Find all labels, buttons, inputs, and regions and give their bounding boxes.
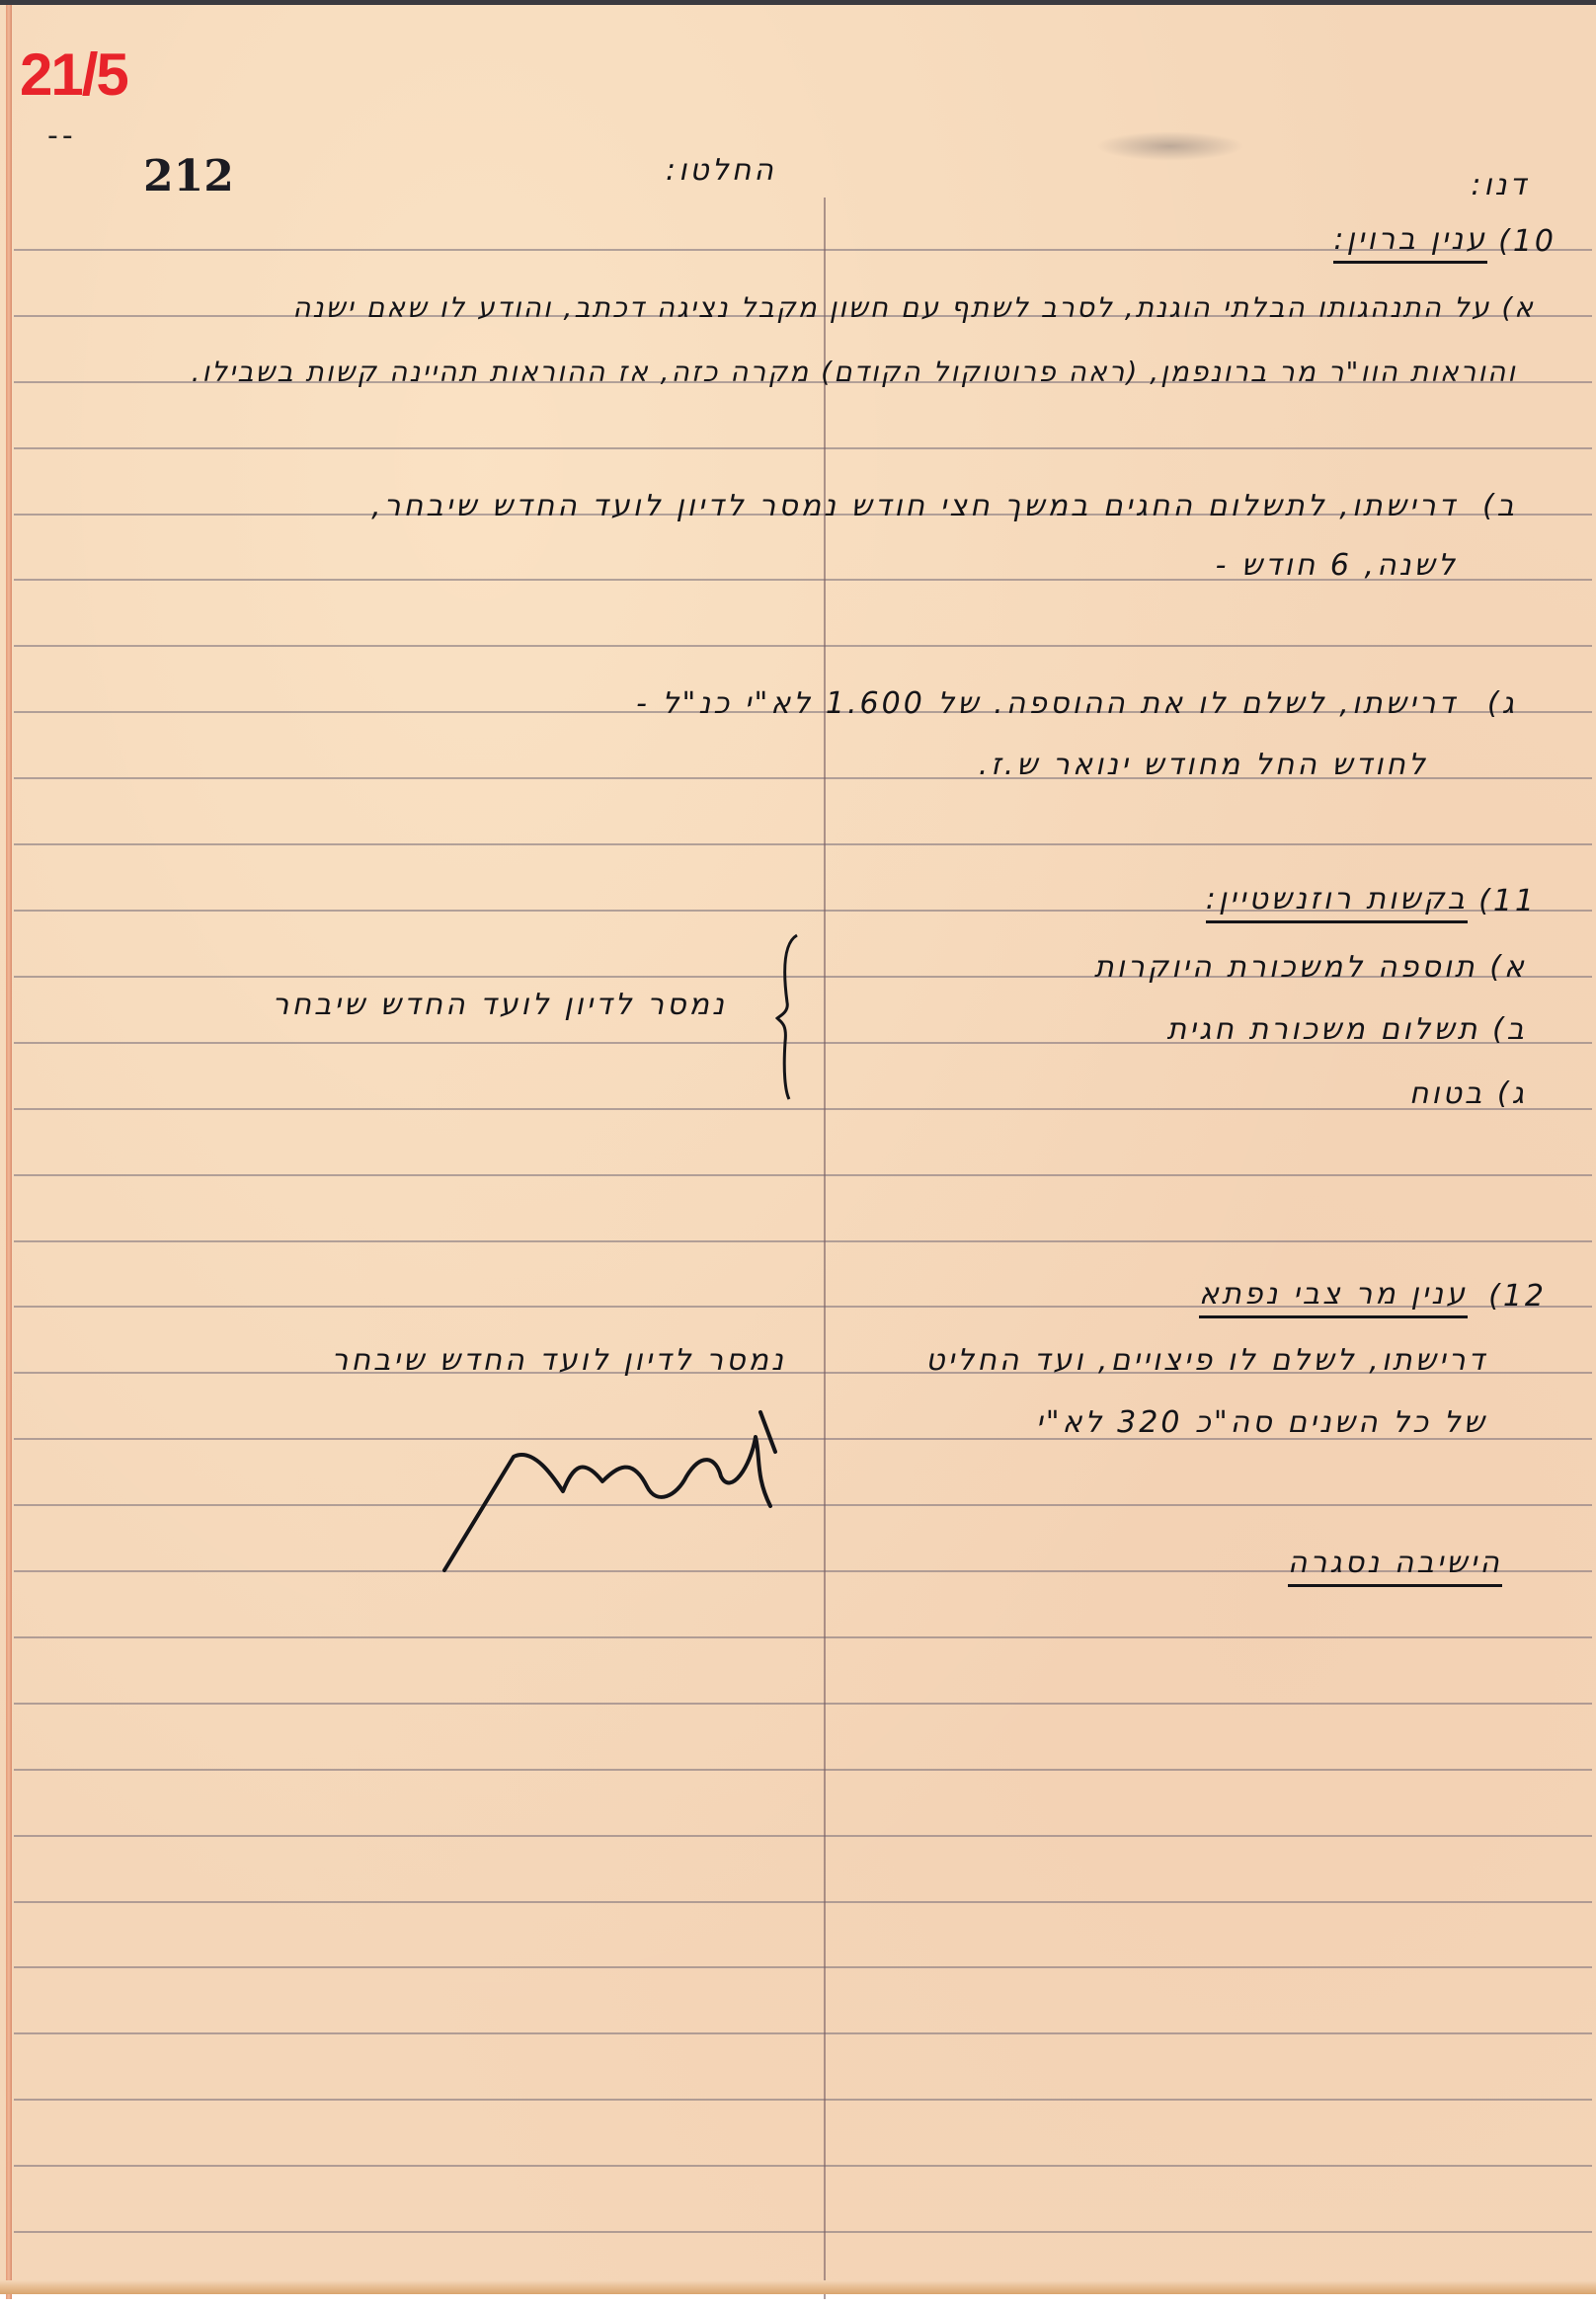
ruled-line bbox=[14, 2099, 1592, 2101]
item-12-line-2: של כל השנים סה"כ 320 לא"י bbox=[1036, 1405, 1487, 1440]
item-c-number: ג) bbox=[1487, 686, 1517, 721]
item-12-title: ענין מר צבי נפתא bbox=[1199, 1277, 1468, 1318]
ruled-line bbox=[14, 1174, 1592, 1176]
item-10-line-1: א) על התנהגותו הבלתי הוגנת, לסרב לשתף עם… bbox=[292, 291, 1535, 324]
ruled-line bbox=[14, 1835, 1592, 1837]
signature bbox=[435, 1397, 790, 1575]
ruled-line bbox=[14, 447, 1592, 449]
item-b-line-1: דרישתו, לתשלום החגים במשך חצי חודש נמסר … bbox=[371, 489, 1458, 523]
item-c-line-2: לחודש החל מחודש ינואר ש.ז. bbox=[979, 748, 1428, 782]
decision-item-12: נמסר לדיון לועד החדש שיבחר bbox=[332, 1343, 786, 1378]
ruled-line bbox=[14, 1966, 1592, 1968]
ruled-line bbox=[14, 843, 1592, 845]
lined-paper-page: 21/5 -- 212 החלטו: דנו: 10) ענין ברוין: … bbox=[0, 0, 1596, 2294]
item-b-line-2: לשנה, 6 חודש - bbox=[1216, 548, 1458, 583]
ruled-line bbox=[14, 2231, 1592, 2233]
item-11-number: 11) bbox=[1478, 884, 1537, 918]
ruled-line bbox=[14, 645, 1592, 647]
item-12-number: 12) bbox=[1488, 1279, 1547, 1313]
item-10-title: ענין ברוין: bbox=[1333, 222, 1487, 264]
ruled-line bbox=[14, 1108, 1592, 1110]
item-10-line-2: והוראות הוו"ר מר ברונפמן, (ראה פרוטוקול … bbox=[192, 356, 1517, 388]
ruled-line bbox=[14, 2032, 1592, 2034]
ink-smudge bbox=[1096, 131, 1244, 161]
archive-stamp-label: 21/5 bbox=[20, 40, 127, 109]
decision-item-11: נמסר לדיון לועד החדש שיבחר bbox=[273, 988, 727, 1022]
item-11-sub-b: ב) תשלום משכורת חגית bbox=[1167, 1012, 1527, 1047]
dash-mark: -- bbox=[47, 119, 77, 153]
item-b-number: ב) bbox=[1482, 489, 1517, 523]
page-number: 212 bbox=[143, 151, 234, 201]
ruled-line bbox=[14, 1703, 1592, 1705]
item-11-sub-c: ג) בטוח bbox=[1409, 1076, 1527, 1111]
ruled-line bbox=[14, 1240, 1592, 1242]
ruled-line bbox=[14, 1769, 1592, 1771]
ruled-line bbox=[14, 1504, 1592, 1506]
ruled-line bbox=[14, 1901, 1592, 1903]
item-c-line-1: דרישתו, לשלם לו את ההוספה. של 1.600 לא"י… bbox=[636, 686, 1458, 721]
meeting-closed-note: הישיבה נסגרה bbox=[1288, 1546, 1502, 1587]
ruled-line bbox=[14, 2165, 1592, 2167]
decisions-column-heading: החלטו: bbox=[666, 153, 776, 188]
item-12-line-1: דרישתו, לשלם לו פיצויים, ועד החליט bbox=[925, 1343, 1487, 1378]
item-10-number: 10) bbox=[1498, 224, 1556, 259]
ruled-line bbox=[14, 1636, 1592, 1638]
item-11-sub-a: א) תוספה למשכורת היוקרות bbox=[1094, 950, 1527, 985]
margin-line bbox=[6, 5, 12, 2299]
discussed-column-heading: דנו: bbox=[1471, 168, 1529, 202]
curly-bracket bbox=[775, 933, 805, 1101]
item-11-title: בקשות רוזנשטיין: bbox=[1206, 882, 1468, 923]
